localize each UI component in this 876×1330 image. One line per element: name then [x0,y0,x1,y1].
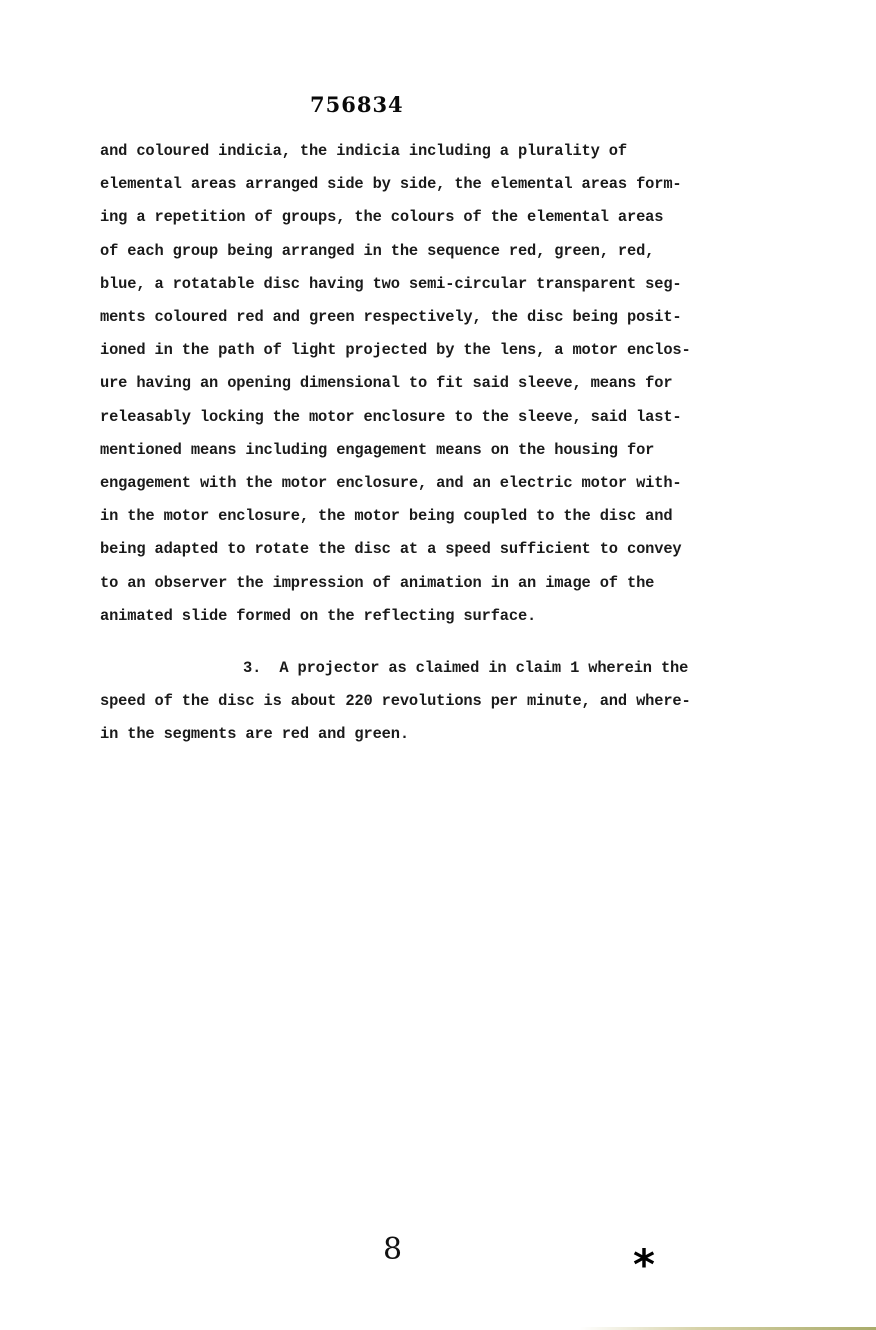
text-line: blue, a rotatable disc having two semi-c… [100,268,760,301]
claim-body-text: and coloured indicia, the indicia includ… [100,135,760,633]
text-line: elemental areas arranged side by side, t… [100,168,760,201]
document-number: 756834 [310,92,404,117]
asterisk-icon: * [633,1244,655,1286]
text-line: ure having an opening dimensional to fit… [100,367,760,400]
text-line: in the motor enclosure, the motor being … [100,500,760,533]
text-line: in the segments are red and green. [100,718,760,751]
text-line: of each group being arranged in the sequ… [100,235,760,268]
text-line: speed of the disc is about 220 revolutio… [100,685,760,718]
page-number: 8 [383,1232,402,1267]
text-line: animated slide formed on the reflecting … [100,600,760,633]
claim-3: 3. A projector as claimed in claim 1 whe… [100,652,760,752]
text-line: to an observer the impression of animati… [100,567,760,600]
text-line: ioned in the path of light projected by … [100,334,760,367]
text-line: mentioned means including engagement mea… [100,434,760,467]
text-line: being adapted to rotate the disc at a sp… [100,533,760,566]
text-line: ing a repetition of groups, the colours … [100,201,760,234]
claim-3-first-line: 3. A projector as claimed in claim 1 whe… [100,652,760,685]
text-line: engagement with the motor enclosure, and… [100,467,760,500]
text-line: releasably locking the motor enclosure t… [100,401,760,434]
text-line: and coloured indicia, the indicia includ… [100,135,760,168]
text-line: ments coloured red and green respectivel… [100,301,760,334]
